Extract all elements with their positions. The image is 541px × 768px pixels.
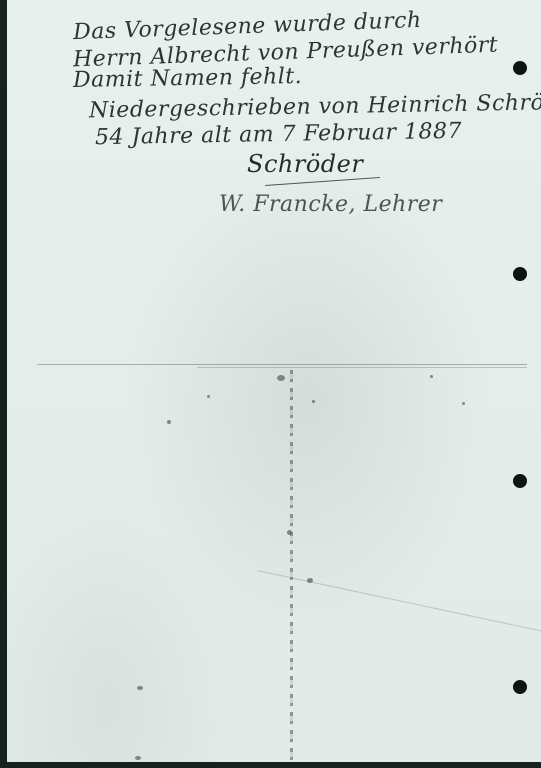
stain-speck (135, 756, 141, 760)
document-page: Das Vorgelesene wurde durch Herrn Albrec… (7, 0, 541, 762)
punch-hole-icon (513, 474, 527, 488)
punch-hole-icon (513, 61, 527, 75)
horizontal-fold-line-2 (197, 367, 527, 368)
signature-schroeder: Schröder (247, 150, 363, 178)
handwritten-line-3: Damit Namen fehlt. (73, 64, 303, 93)
handwritten-line-4: Niedergeschrieben von Heinrich Schröder (89, 90, 541, 124)
punch-hole-icon (513, 267, 527, 281)
stain-speck (137, 686, 143, 690)
paper-crease (257, 570, 541, 633)
horizontal-fold-line (37, 364, 527, 365)
handwritten-line-5-date: 54 Jahre alt am 7 Februar 1887 (95, 119, 462, 150)
scan-bottom-border (0, 762, 541, 768)
stain-speck (312, 400, 315, 403)
vertical-fold-line (290, 370, 293, 762)
stain-speck (277, 375, 285, 381)
signature-underline (265, 177, 380, 186)
punch-hole-icon (513, 680, 527, 694)
stain-speck (307, 578, 313, 583)
stain-speck (462, 402, 465, 405)
stain-speck (167, 420, 171, 424)
stain-speck (430, 375, 433, 378)
stain-speck (207, 395, 210, 398)
witness-signature: W. Francke, Lehrer (219, 192, 442, 217)
stain-speck (287, 530, 292, 535)
